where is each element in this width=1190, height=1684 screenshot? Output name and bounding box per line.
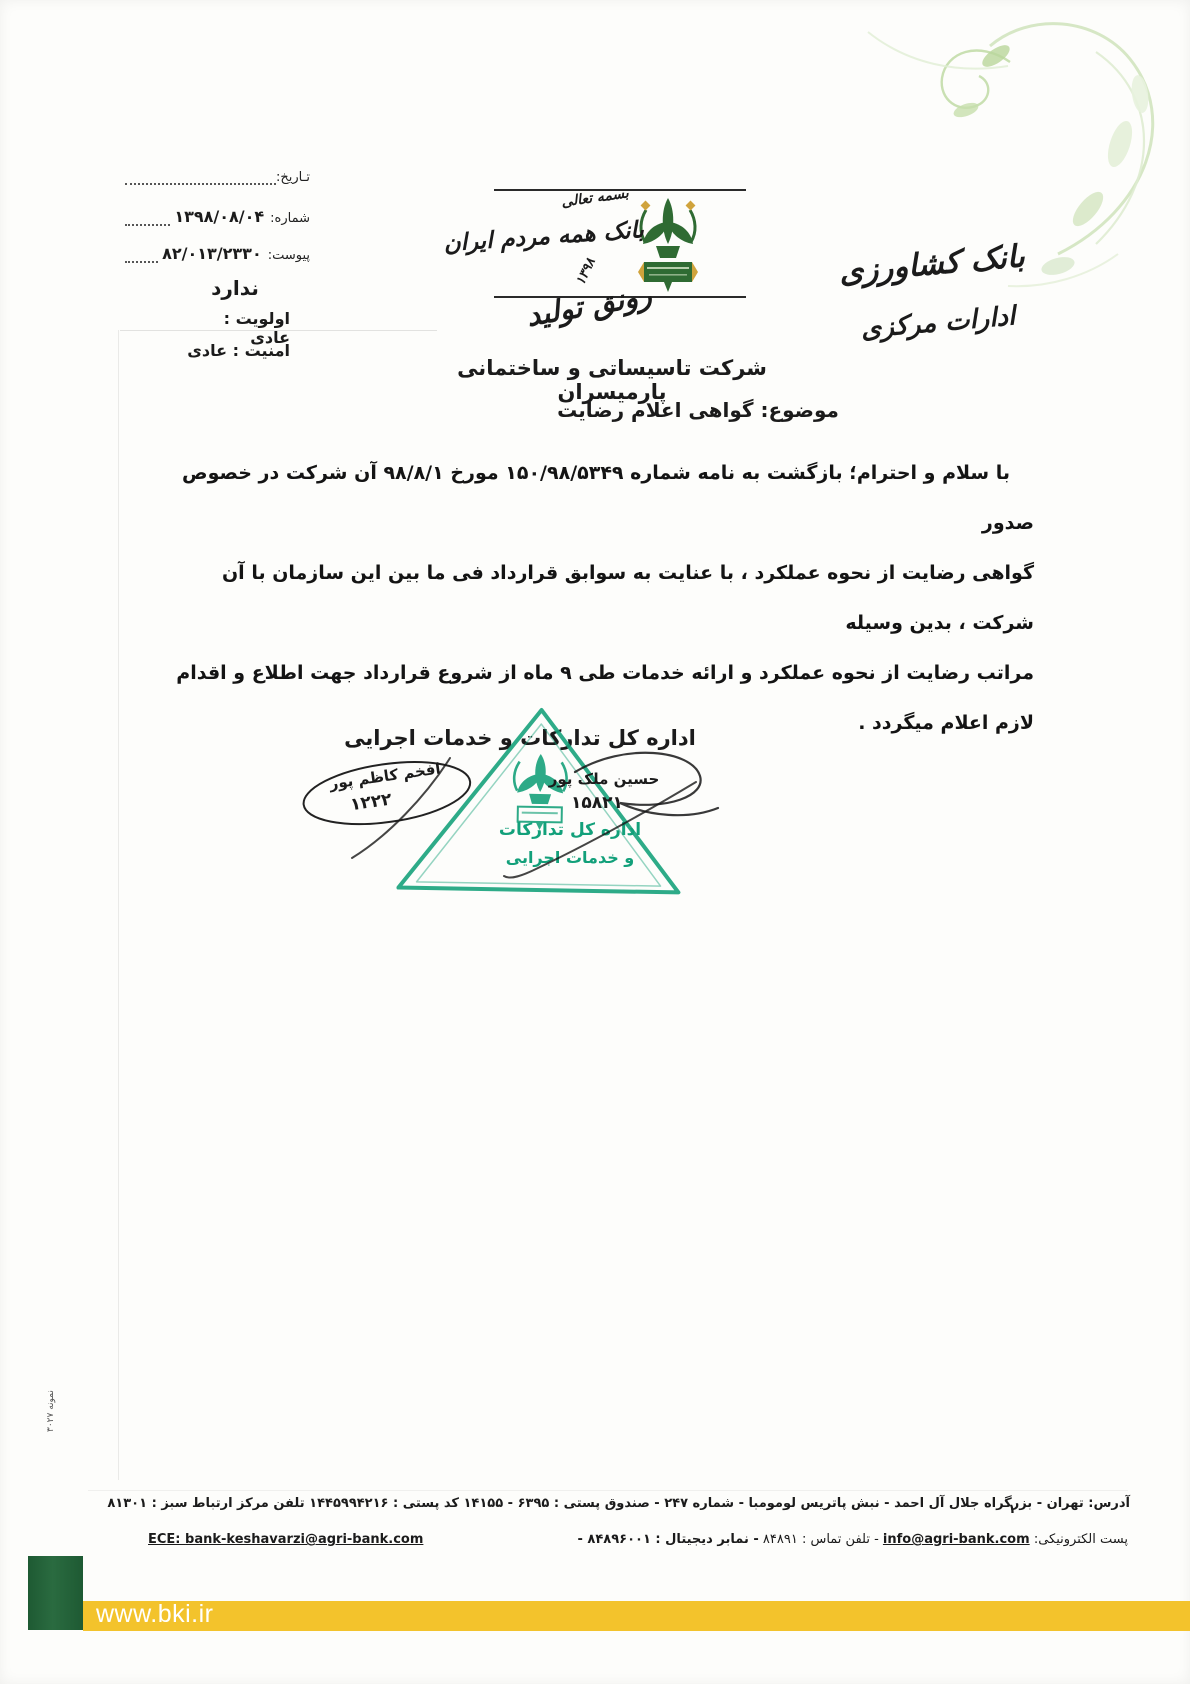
date-dotted-line: [125, 170, 276, 185]
yellow-footer-bar: [83, 1601, 1190, 1631]
year-slogan-group: ۱۳۹۸ رونق تولید: [514, 240, 736, 365]
recipient-line: شرکت تاسیساتی و ساختمانی پارمیسران: [412, 356, 812, 404]
green-corner-block: [28, 1556, 83, 1630]
bank-motto-text: بانک همه مردم ایران: [445, 217, 644, 257]
number-value: ۱۳۹۸/۰۸/۰۴: [174, 207, 264, 226]
number-label: شماره:: [270, 211, 310, 226]
no-attachment-text: ندارد: [190, 276, 280, 300]
number-row: شماره: ۱۳۹۸/۰۸/۰۴: [125, 207, 310, 226]
attachment-dotted-line: [125, 248, 158, 263]
year-number: ۱۳۹۸: [573, 256, 598, 288]
ece-value: bank-keshavarzi@agri-bank.com: [185, 1532, 423, 1547]
website-url: www.bki.ir: [96, 1600, 214, 1629]
email-label: پست الکترونیکی:: [1034, 1532, 1128, 1547]
fax-segment: - نمابر دیجیتال : ۸۴۸۹۶۰۰۱ -: [578, 1532, 759, 1547]
date-label: تـاریخ:: [276, 170, 310, 185]
year-slogan-text: رونق تولید: [524, 278, 654, 333]
central-offices-calligraphy: ادارات مرکزی: [857, 301, 1019, 345]
signature-strokes: [280, 700, 740, 900]
scan-edge-horizontal: [120, 330, 437, 331]
attachment-label: پیوست:: [268, 248, 310, 263]
subject-line: موضوع: گواهی اعلام رضایت: [548, 398, 848, 422]
bismillah-text: بسمه تعالی: [539, 182, 650, 213]
ece-email: ECE: bank-keshavarzi@agri-bank.com: [148, 1532, 423, 1547]
attachment-value: ۸۲/۰۱۳/۲۳۳۰: [162, 244, 262, 263]
letter-page: بسمه تعالی بانک همه مردم ایران ۱۳۹۸ رونق…: [0, 0, 1190, 1684]
email-value: info@agri-bank.com: [883, 1532, 1030, 1547]
form-number-vertical: نمونه ۳۰۲۷: [46, 1352, 56, 1432]
date-row: تـاریخ:: [125, 170, 310, 185]
footer-contact-row: پست الکترونیکی: info@agri-bank.com - تلف…: [148, 1532, 1128, 1547]
security-text: امنیت : عادی: [182, 341, 290, 360]
footer-scan-line: [88, 1490, 1128, 1491]
footer-address: آدرس: تهران - بزرگراه جلال آل احمد - نبش…: [100, 1496, 1130, 1511]
attachment-row: پیوست: ۸۲/۰۱۳/۲۳۳۰: [125, 244, 310, 263]
scan-edge-vertical: [118, 330, 119, 1480]
body-line-1: با سلام و احترام؛ بازگشت به نامه شماره ۱…: [158, 448, 1034, 548]
body-line-2: گواهی رضایت از نحوه عملکرد ، با عنایت به…: [158, 548, 1034, 648]
footer-contact-right: پست الکترونیکی: info@agri-bank.com - تلف…: [578, 1532, 1129, 1547]
phone-segment: - تلفن تماس : ۸۴۸۹۱: [763, 1532, 879, 1547]
page-number: ۱: [1008, 1502, 1016, 1517]
number-dotted-line: [125, 211, 170, 226]
ece-label: ECE:: [148, 1532, 181, 1547]
